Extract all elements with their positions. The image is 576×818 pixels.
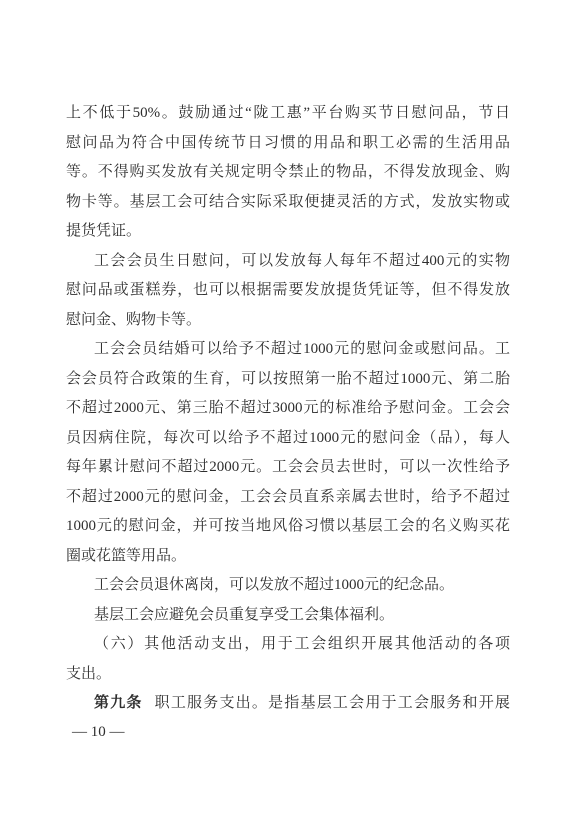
page-number: — 10 — [72,718,125,748]
paragraph: 上不低于50%。鼓励通过“陇工惠”平台购买节日慰问品，节日 慰问品为符合中国传统… [66,99,510,247]
body-text-line: 员因病住院，每次可以给予不超过1000元的慰问金（品），每人 [66,424,510,454]
document-body: 上不低于50%。鼓励通过“陇工惠”平台购买节日慰问品，节日 慰问品为符合中国传统… [66,99,510,719]
body-text-line: 工会会员结婚可以给予不超过1000元的慰问金或慰问品。工 [66,335,510,365]
body-text-line: 慰问金、购物卡等。 [66,306,510,336]
body-text-line: 工会会员退休离岗，可以发放不超过1000元的纪念品。 [66,571,510,601]
body-text-line: 会会员符合政策的生育，可以按照第一胎不超过1000元、第二胎 [66,365,510,395]
body-text-line: 支出。 [66,660,510,690]
body-text-line: 1000元的慰问金，并可按当地风俗习惯以基层工会的名义购买花 [66,512,510,542]
article-text: 职工服务支出。是指基层工会用于工会服务和开展 [155,695,510,711]
document-page: 上不低于50%。鼓励通过“陇工惠”平台购买节日慰问品，节日 慰问品为符合中国传统… [0,0,576,818]
article-line: 第九条职工服务支出。是指基层工会用于工会服务和开展 [66,689,510,719]
article-number: 第九条 [94,695,143,711]
body-text-line: 物卡等。基层工会可结合实际采取便捷灵活的方式，发放实物或 [66,188,510,218]
body-text-line: 不超过2000元的慰问金，工会会员直系亲属去世时，给予不超过 [66,483,510,513]
paragraph: 基层工会应避免会员重复享受工会集体福利。 [66,601,510,631]
paragraph: 工会会员生日慰问，可以发放每人每年不超过400元的实物 慰问品或蛋糕券，也可以根… [66,247,510,336]
body-text-line: 等。不得购买发放有关规定明令禁止的物品，不得发放现金、购 [66,158,510,188]
body-text-line: 工会会员生日慰问，可以发放每人每年不超过400元的实物 [66,247,510,277]
body-text-line: 每年累计慰问不超过2000元。工会会员去世时，可以一次性给予 [66,453,510,483]
body-text-line: 慰问品或蛋糕券，也可以根据需要发放提货凭证等，但不得发放 [66,276,510,306]
body-text-line: 提货凭证。 [66,217,510,247]
body-text-line: 圈或花篮等用品。 [66,542,510,572]
body-text-line: 慰问品为符合中国传统节日习惯的用品和职工必需的生活用品 [66,129,510,159]
body-text-line: 不超过2000元、第三胎不超过3000元的标准给予慰问金。工会会 [66,394,510,424]
paragraph: （六）其他活动支出，用于工会组织开展其他活动的各项 支出。 [66,630,510,689]
body-text-line: 基层工会应避免会员重复享受工会集体福利。 [66,601,510,631]
paragraph: 第九条职工服务支出。是指基层工会用于工会服务和开展 [66,689,510,719]
paragraph: 工会会员结婚可以给予不超过1000元的慰问金或慰问品。工 会会员符合政策的生育，… [66,335,510,571]
paragraph: 工会会员退休离岗，可以发放不超过1000元的纪念品。 [66,571,510,601]
body-text-line: 上不低于50%。鼓励通过“陇工惠”平台购买节日慰问品，节日 [66,99,510,129]
body-text-line: （六）其他活动支出，用于工会组织开展其他活动的各项 [66,630,510,660]
